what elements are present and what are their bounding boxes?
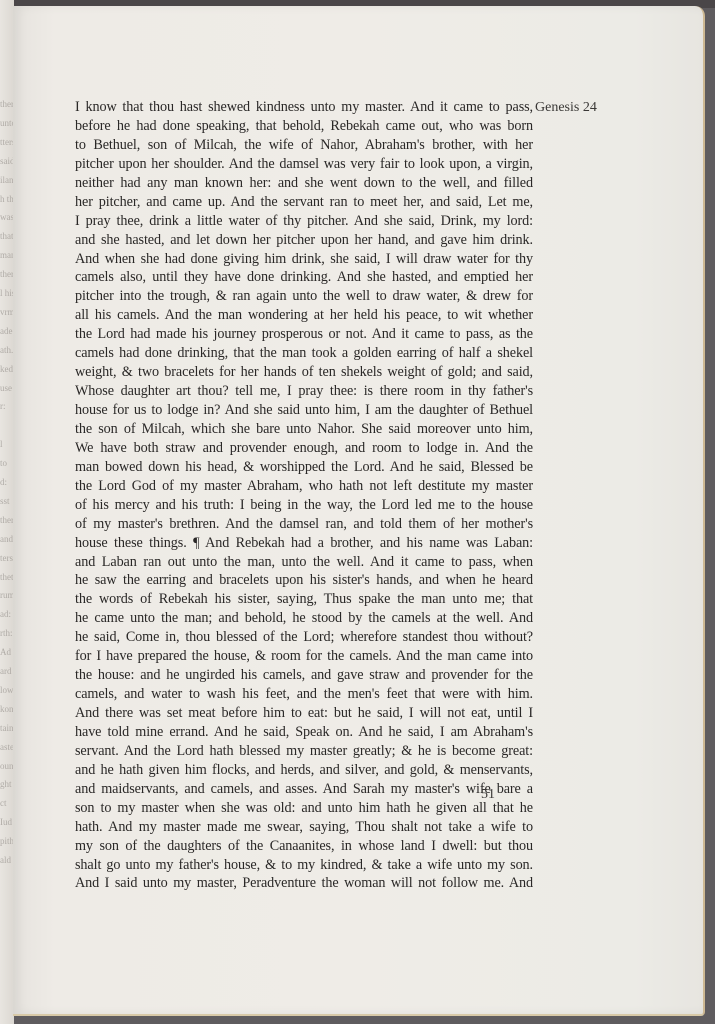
facing-page-text-fragment: thet	[0, 571, 14, 583]
text-line: he said, Come in, thou blessed of the Lo…	[75, 628, 533, 647]
facing-page-text-fragment: sst	[0, 495, 14, 507]
facing-page-text-fragment: Iud	[0, 816, 14, 828]
facing-page-text-fragment: ade	[0, 325, 14, 337]
facing-page-text-fragment: ald	[0, 854, 14, 866]
facing-page-text-fragment: rum	[0, 589, 14, 601]
text-line: and Laban ran out unto the man, unto the…	[75, 553, 533, 572]
text-line: the words of Rebekah his sister, saying,…	[75, 590, 533, 609]
facing-page-text-fragment: ther	[0, 268, 14, 280]
facing-page-text-fragment: ght	[0, 778, 14, 790]
text-line: We have both straw and provender enough,…	[75, 439, 533, 458]
text-line: for I have prepared the house, & room fo…	[75, 647, 533, 666]
facing-page-text-fragment: use	[0, 382, 14, 394]
text-line: to Bethuel, son of Milcah, the wife of N…	[75, 136, 533, 155]
facing-page-text-fragment: unto	[0, 117, 14, 129]
text-line: man bowed down his head, & worshipped th…	[75, 458, 533, 477]
facing-page-text-fragment: r:	[0, 400, 14, 412]
facing-page-text-fragment: pith	[0, 835, 14, 847]
facing-page-text-fragment: tain	[0, 722, 14, 734]
facing-page-text-fragment: was	[0, 211, 14, 223]
facing-page-text-fragment: low	[0, 684, 14, 696]
text-line: the Lord God of my master Abraham, who h…	[75, 477, 533, 496]
text-line: I know that thou hast shewed kindness un…	[75, 98, 533, 117]
text-line: And I said unto my master, Peradventure …	[75, 874, 533, 893]
text-line: shalt go unto my father's house, & to my…	[75, 856, 533, 875]
text-line: pitcher upon her shoulder. And the damse…	[75, 155, 533, 174]
text-line: house for us to lodge in? And she said u…	[75, 401, 533, 420]
facing-page-text-fragment: kon	[0, 703, 14, 715]
facing-page-text-fragment: rth:	[0, 627, 14, 639]
text-line: my son of the daughters of the Canaanite…	[75, 837, 533, 856]
facing-page-text-fragment: ther	[0, 98, 14, 110]
text-line: the son of Milcah, which she bare unto N…	[75, 420, 533, 439]
facing-page-text-fragment: ters	[0, 552, 14, 564]
marginal-chapter-reference: Genesis 24	[535, 100, 597, 116]
text-line: camels had done drinking, that the man t…	[75, 344, 533, 363]
facing-page-text-fragment: to	[0, 457, 14, 469]
text-line: her pitcher, and came up. And the servan…	[75, 193, 533, 212]
text-line: I pray thee, drink a little water of thy…	[75, 212, 533, 231]
facing-page-text-fragment: vrm	[0, 306, 14, 318]
text-line: servant. And the Lord hath blessed my ma…	[75, 742, 533, 761]
text-line: house these things. ¶ And Rebekah had a …	[75, 534, 533, 553]
text-line: hath. And my master made me swear, sayin…	[75, 818, 533, 837]
text-line: And when she had done giving him drink, …	[75, 250, 533, 269]
text-line: And there was set meat before him to eat…	[75, 704, 533, 723]
facing-page-text-fragment: Ad	[0, 646, 14, 658]
text-line: and he hath given him flocks, and herds,…	[75, 761, 533, 780]
text-line: before he had done speaking, that behold…	[75, 117, 533, 136]
text-line: the house: and he ungirded his camels, a…	[75, 666, 533, 685]
text-line: he saw the earring and bracelets upon hi…	[75, 571, 533, 590]
facing-page-text-fragment: tters	[0, 136, 14, 148]
facing-page-text-fragment: that	[0, 230, 14, 242]
book-page: I know that thou hast shewed kindness un…	[13, 6, 705, 1016]
facing-page-text-fragment: h the	[0, 193, 14, 205]
text-line: son to my master when she was old: and u…	[75, 799, 533, 818]
text-line: weight, & two bracelets for her hands of…	[75, 363, 533, 382]
text-line: and maidservants, and camels, and asses.…	[75, 780, 533, 799]
text-line: of his mercy and his truth: I being in t…	[75, 496, 533, 515]
facing-page-text-fragment: ouns	[0, 760, 14, 772]
text-line: of my master's brethren. And the damsel …	[75, 515, 533, 534]
facing-page-text-fragment: and	[0, 533, 14, 545]
facing-page-text-fragment: ct	[0, 797, 14, 809]
facing-page-text-fragment: ked	[0, 363, 14, 375]
text-line: neither had any man known her: and she w…	[75, 174, 533, 193]
facing-page-text-fragment: ath.	[0, 344, 14, 356]
text-line: the Lord had made his journey prosperous…	[75, 325, 533, 344]
facing-page-text-fragment: ard	[0, 665, 14, 677]
text-line: all his camels. And the man wondering at…	[75, 306, 533, 325]
facing-page-edge: theruntotterssaidilantoh thewasthatmanth…	[0, 0, 14, 1024]
facing-page-text-fragment: ilanto	[0, 174, 14, 186]
facing-page-text-fragment: ad:	[0, 608, 14, 620]
facing-page-text-fragment	[0, 419, 14, 431]
text-line: camels, and water to wash his feet, and …	[75, 685, 533, 704]
facing-page-text-fragment: l his	[0, 287, 14, 299]
facing-page-text-fragment: d:	[0, 476, 14, 488]
text-line: Whose daughter art thou? tell me, I pray…	[75, 382, 533, 401]
text-line: pitcher into the trough, & ran again unt…	[75, 287, 533, 306]
text-line: camels also, until they have done drinki…	[75, 268, 533, 287]
text-line: he came unto the man; and behold, he sto…	[75, 609, 533, 628]
facing-page-text-fragment: said	[0, 155, 14, 167]
facing-page-text-fragment: l	[0, 438, 14, 450]
text-line: and she hasted, and let down her pitcher…	[75, 231, 533, 250]
page-number: 51	[481, 787, 495, 803]
facing-page-text-fragment: ther	[0, 514, 14, 526]
body-text: I know that thou hast shewed kindness un…	[75, 98, 533, 893]
facing-page-text-fragment: man	[0, 249, 14, 261]
text-line: have told mine errand. And he said, Spea…	[75, 723, 533, 742]
facing-page-text-fragment: aste	[0, 741, 14, 753]
